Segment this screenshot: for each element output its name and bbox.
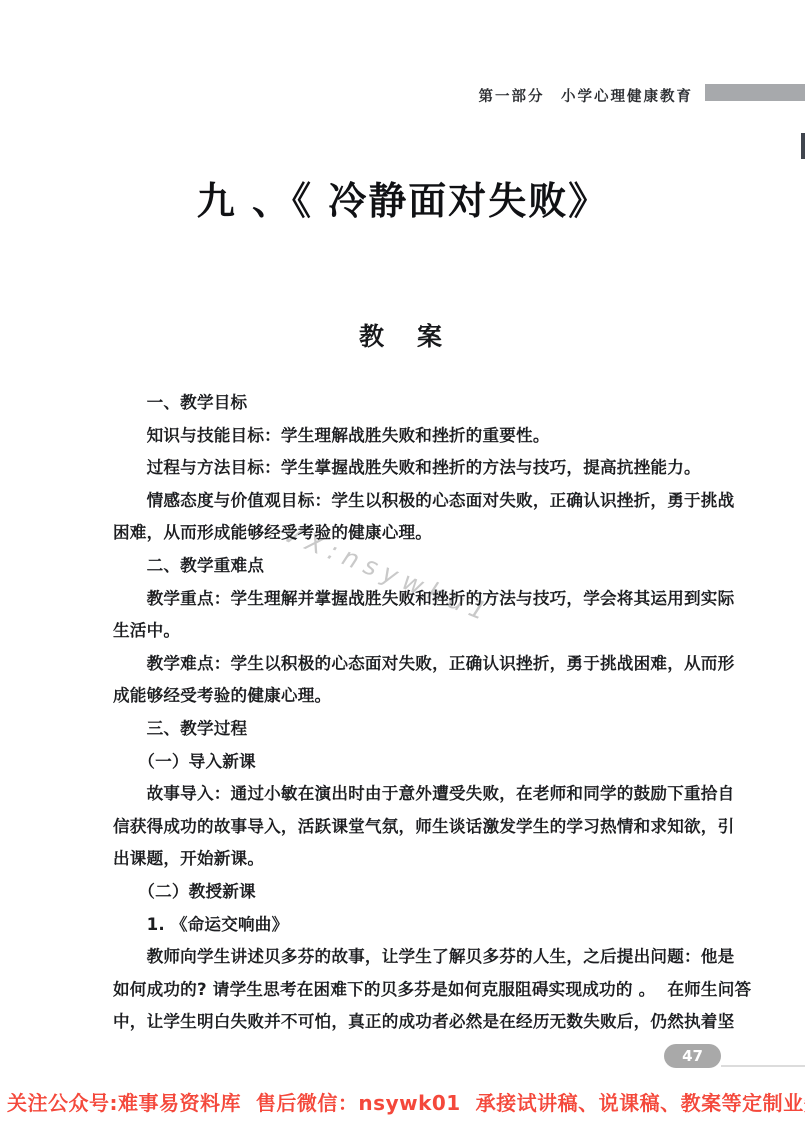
body-line: 教学重点：学生理解并掌握战胜失败和挫折的方法与技巧，学会将其运用到实际 <box>113 583 707 616</box>
body-line: 1. 《命运交响曲》 <box>113 909 707 942</box>
body-line: 故事导入：通过小敏在演出时由于意外遭受失败，在老师和同学的鼓励下重拾自 <box>113 778 707 811</box>
body-text-block: 一、教学目标 知识与技能目标：学生理解战胜失败和挫折的重要性。 过程与方法目标：… <box>113 387 707 1039</box>
body-line: 三、教学过程 <box>113 713 707 746</box>
body-line: 如何成功的? 请学生思考在困难下的贝多芬是如何克服阻碍实现成功的 。 在师生问答 <box>113 974 707 1007</box>
body-line: （一）导入新课 <box>113 746 707 779</box>
page-number-rule <box>721 1065 805 1067</box>
body-line: 二、教学重难点 <box>113 550 707 583</box>
document-subtitle: 教 案 <box>0 317 805 353</box>
footer-promo-text: 关注公众号:难事易资料库 售后微信：nsywk01 承接试讲稿、说课稿、教案等定… <box>7 1087 805 1116</box>
body-line: 中，让学生明白失败并不可怕，真正的成功者必然是在经历无数失败后，仍然执着坚 <box>113 1006 707 1039</box>
page-title: 九 、《 冷静面对失败》 <box>0 170 805 225</box>
body-line: 困难，从而形成能够经受考验的健康心理。 <box>113 517 707 550</box>
body-line: 情感态度与价值观目标：学生以积极的心态面对失败，正确认识挫折，勇于挑战 <box>113 485 707 518</box>
document-page: 第一部分 小学心理健康教育 九 、《 冷静面对失败》 教 案 VX:nsywku… <box>0 0 805 1122</box>
page-number-badge: 47 <box>664 1044 721 1068</box>
body-line: 知识与技能目标：学生理解战胜失败和挫折的重要性。 <box>113 420 707 453</box>
body-line: 信获得成功的故事导入，活跃课堂气氛，师生谈话激发学生的学习热情和求知欲，引 <box>113 811 707 844</box>
body-line: 成能够经受考验的健康心理。 <box>113 680 707 713</box>
body-line: 出课题，开始新课。 <box>113 843 707 876</box>
body-line: 过程与方法目标：学生掌握战胜失败和挫折的方法与技巧，提高抗挫能力。 <box>113 452 707 485</box>
body-line: 一、教学目标 <box>113 387 707 420</box>
page-edge-mark <box>801 133 805 159</box>
body-line: （二）教授新课 <box>113 876 707 909</box>
header-gray-bar <box>705 84 805 101</box>
body-line: 教学难点：学生以积极的心态面对失败，正确认识挫折，勇于挑战困难，从而形 <box>113 648 707 681</box>
body-line: 教师向学生讲述贝多芬的故事，让学生了解贝多芬的人生，之后提出问题：他是 <box>113 941 707 974</box>
body-line: 生活中。 <box>113 615 707 648</box>
header-section-title: 第一部分 小学心理健康教育 <box>479 85 694 106</box>
